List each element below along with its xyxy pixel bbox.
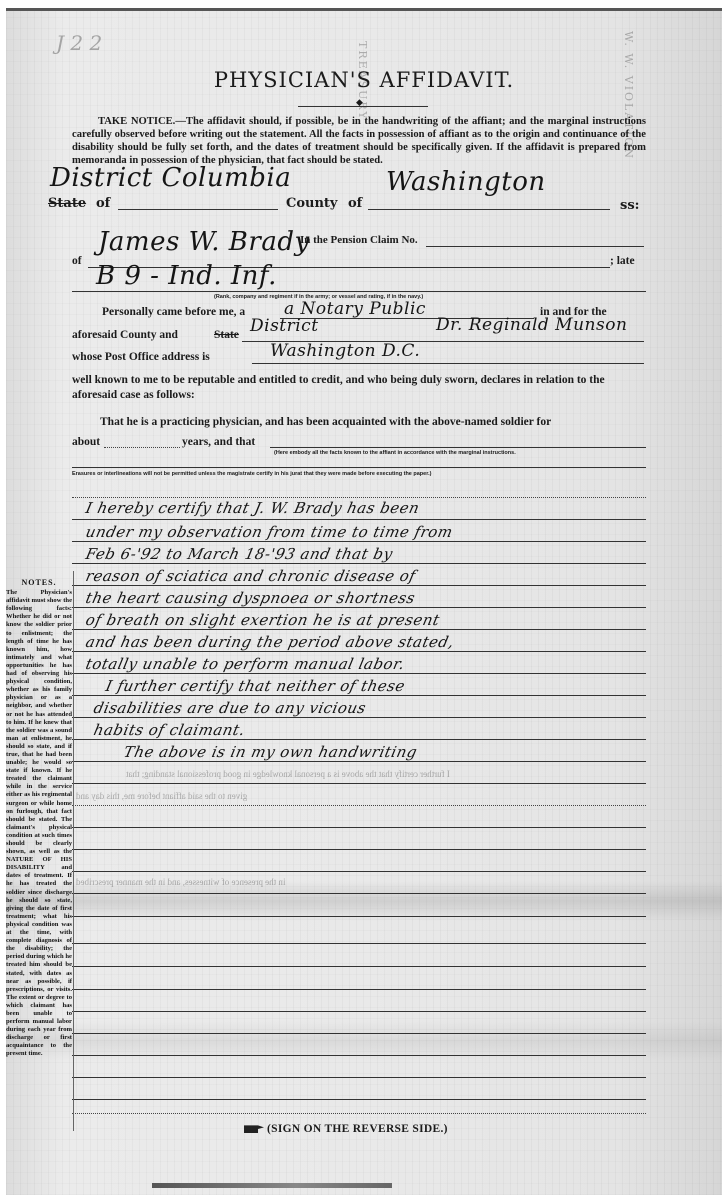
affidavit-page: TREASURY W. W. VIOLATION J 2 2 PHYSICIAN…: [6, 8, 722, 1195]
reputable-text: well known to me to be reputable and ent…: [72, 373, 646, 403]
statement-rule: [72, 467, 646, 468]
ruled-line: [72, 827, 646, 828]
pension-claim-field[interactable]: [426, 246, 644, 247]
pension-claim-label: In the Pension Claim No.: [300, 234, 418, 246]
ruled-line: [72, 1113, 646, 1114]
ruled-line: [72, 717, 646, 718]
ruled-line: [72, 893, 646, 894]
pointing-hand-icon: [244, 1125, 264, 1133]
state-handwritten-value: District Columbia: [50, 163, 291, 193]
handwritten-line-5: the heart causing dyspnoea or shortness: [84, 589, 417, 607]
ruled-line: [72, 1077, 646, 1078]
county-field-line: [368, 209, 610, 210]
ruled-line: [72, 629, 646, 630]
sign-reverse-instruction: (SIGN ON THE REVERSE SIDE.): [244, 1123, 448, 1135]
notes-heading: NOTES.: [6, 579, 72, 587]
ruled-line: [72, 966, 646, 967]
ruled-line: [72, 695, 646, 696]
claimant-of-label: of: [72, 255, 82, 267]
ruled-line: [72, 849, 646, 850]
county-of-label: of: [348, 196, 362, 211]
bleed-through-text: I further certify that the above is a pe…: [126, 769, 450, 779]
sign-reverse-text: (SIGN ON THE REVERSE SIDE.): [267, 1123, 448, 1135]
about-label: about: [72, 436, 100, 448]
ruled-line: [72, 673, 646, 674]
ruled-line: [72, 541, 646, 542]
state-field-line: [118, 209, 278, 210]
county-handwritten-value: Washington: [386, 167, 546, 197]
ruled-line: [72, 1033, 646, 1034]
post-office-label: whose Post Office address is: [72, 351, 210, 363]
take-notice-paragraph: TAKE NOTICE.—The affidavit should, if po…: [72, 115, 646, 167]
ruled-line: [72, 943, 646, 944]
handwritten-line-9: I further certify that neither of these: [104, 677, 407, 695]
handwritten-line-11: habits of claimant.: [92, 721, 247, 739]
handwritten-line-7: and has been during the period above sta…: [84, 633, 456, 651]
years-and-that-label: years, and that: [182, 436, 255, 448]
ruled-line: [72, 761, 646, 762]
bleed-through-text: given to the said affiant before me, thi…: [76, 791, 247, 801]
ruled-line: [72, 563, 646, 564]
handwritten-line-4: reason of sciatica and chronic disease o…: [84, 567, 417, 585]
title-ornament: [298, 106, 428, 111]
years-field[interactable]: [104, 447, 180, 448]
aforesaid-label: aforesaid County and: [72, 329, 178, 341]
handwritten-line-8: totally unable to perform manual labor.: [84, 655, 406, 673]
notes-divider: [73, 571, 74, 1131]
county-label: County: [286, 196, 337, 211]
handwritten-line-1: I hereby certify that J. W. Brady has be…: [84, 499, 421, 517]
ruled-line: [72, 1055, 646, 1056]
erasures-caption: Erasures or interlineations will not be …: [72, 471, 431, 477]
state-of-label: of: [96, 196, 110, 211]
late-label: ; late: [610, 255, 635, 267]
ruled-line: [72, 739, 646, 740]
ruled-line: [72, 989, 646, 990]
paper-fold-shadow: [6, 881, 722, 921]
ruled-line: [72, 519, 646, 520]
ruled-line: [72, 805, 646, 806]
district-handwritten: District: [250, 316, 319, 336]
bleed-through-text: in the presence of witnesses, and in the…: [76, 877, 285, 887]
take-notice-text: TAKE NOTICE.—The affidavit should, if po…: [72, 116, 646, 166]
handwritten-line-10: disabilities are due to any vicious: [92, 699, 368, 717]
unit-field-line: [72, 291, 646, 292]
ruled-line: [72, 1011, 646, 1012]
handwritten-line-3: Feb 6-'92 to March 18-'93 and that by: [84, 545, 394, 563]
handwritten-line-12: The above is in my own handwriting: [122, 743, 419, 761]
ruled-line: [72, 651, 646, 652]
ruled-line: [72, 916, 646, 917]
ruled-line: [72, 497, 646, 498]
ruled-line: [72, 607, 646, 608]
claimant-handwritten-name: James W. Brady: [98, 227, 310, 257]
came-before-label: Personally came before me, a: [102, 306, 245, 318]
embody-caption: (Here embody all the facts known to the …: [274, 450, 516, 456]
state-struck-label: State: [214, 329, 239, 341]
page-title: PHYSICIAN'S AFFIDAVIT.: [6, 68, 722, 92]
edge-smear: [152, 1183, 392, 1188]
ruled-line: [72, 585, 646, 586]
state-label: State: [48, 196, 86, 211]
ruled-line: [72, 783, 646, 784]
handwritten-line-6: of breath on slight exertion he is at pr…: [84, 611, 441, 629]
unit-handwritten-value: B 9 - Ind. Inf.: [96, 261, 277, 291]
post-office-handwritten: Washington D.C.: [270, 341, 420, 361]
post-office-field-line: [252, 363, 644, 364]
practicing-physician-text: That he is a practicing physician, and h…: [100, 416, 660, 428]
ruled-line: [72, 1099, 646, 1100]
handwritten-line-2: under my observation from time to time f…: [84, 523, 455, 541]
pencil-annotation: J 2 2: [56, 31, 102, 55]
notes-text: The Physician's affidavit must show the …: [6, 589, 72, 1058]
ruled-line: [72, 871, 646, 872]
physician-handwritten-name: Dr. Reginald Munson: [436, 315, 627, 335]
marginal-notes: NOTES. The Physician's affidavit must sh…: [6, 579, 72, 1059]
ss-label: ss:: [620, 198, 639, 213]
and-that-field-line: [270, 447, 646, 448]
